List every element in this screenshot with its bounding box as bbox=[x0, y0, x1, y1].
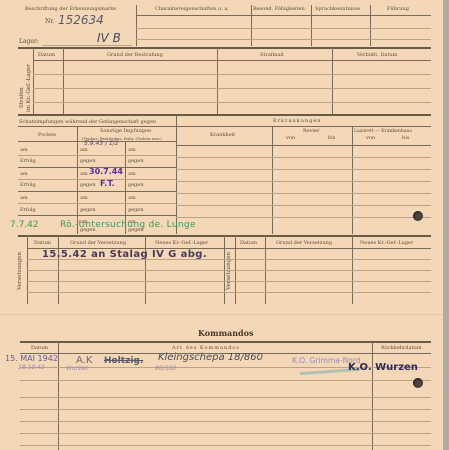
handwritten-vaccination-2: 30.7.44 bbox=[89, 167, 123, 176]
rule bbox=[18, 155, 176, 156]
divider bbox=[77, 126, 78, 234]
kommando-handwritten: Kleingschepa 18/860 bbox=[158, 352, 263, 363]
kommando-hand-sub2: 80/380 bbox=[155, 365, 176, 372]
rule bbox=[20, 433, 431, 434]
rule bbox=[27, 292, 431, 293]
cell: Erfolg bbox=[20, 182, 36, 189]
lager-label: Lager: bbox=[19, 38, 39, 45]
impfungen-title: Schutzimpfungen während der Gefangenscha… bbox=[19, 119, 156, 126]
stamp-wurzen: K.O. Wurzen bbox=[348, 362, 418, 373]
strafen-side-label-2: im Kr.-Gef.-Lager bbox=[26, 64, 32, 112]
rule bbox=[27, 281, 431, 282]
rule bbox=[27, 270, 431, 271]
lazarett-bis: bis bbox=[402, 135, 409, 142]
rule bbox=[18, 47, 431, 49]
rule bbox=[18, 215, 176, 216]
komm-col-rueckkehr: Rückkehrdatum bbox=[381, 345, 422, 352]
rule bbox=[20, 421, 431, 422]
rule bbox=[33, 74, 431, 75]
cell: am bbox=[80, 171, 88, 178]
lager-value: IV B bbox=[97, 31, 121, 45]
versetzung-entry: 15.5.42 an Stalag IV G abg. bbox=[42, 249, 207, 260]
rule bbox=[18, 203, 176, 204]
stamp-lung-text: Rö.-Untersuchung de. Lunge bbox=[60, 220, 196, 230]
kommando-date-sub: 18.10.42 bbox=[18, 364, 45, 371]
cell: Erfolg bbox=[20, 158, 36, 165]
cell: gegen bbox=[128, 207, 144, 214]
divider bbox=[33, 48, 34, 114]
kommandos-title: Kommandos bbox=[198, 330, 253, 337]
vers-col-lager-left: Neues Kr.-Gef.-Lager bbox=[155, 240, 208, 247]
rule bbox=[136, 39, 431, 40]
handwritten-vaccination-1: 5.9.43 / 1/2 bbox=[84, 140, 119, 147]
vers-col-grund-right: Grund der Versetzung bbox=[276, 240, 332, 247]
versetzungen-side-label-left: Versetzungen bbox=[17, 252, 23, 290]
rule bbox=[20, 445, 431, 446]
erkrankungen-title: Erkrankungen bbox=[273, 118, 322, 125]
registration-card: Beschriftung der Erkennungsmarke Nr. 152… bbox=[0, 0, 443, 450]
cell: Erfolg bbox=[20, 207, 36, 214]
rule bbox=[176, 169, 431, 170]
cell: gegen bbox=[128, 158, 144, 165]
kommando-hand-sub: Wurzen bbox=[66, 365, 89, 372]
col-charakter: Charaktereigenschaften u. a. bbox=[155, 6, 229, 13]
divider bbox=[63, 48, 64, 114]
divider bbox=[217, 48, 218, 114]
vers-col-grund-left: Grund der Versetzung bbox=[70, 240, 126, 247]
tag-label: Beschriftung der Erkennungsmarke bbox=[25, 6, 116, 13]
rule bbox=[176, 205, 431, 206]
cell: gegen bbox=[80, 158, 96, 165]
vers-col-datum-right: Datum bbox=[240, 240, 257, 247]
col-verbuesst: Verbüßt, Datum bbox=[357, 52, 397, 59]
rule bbox=[18, 179, 176, 180]
rule bbox=[20, 380, 431, 381]
vers-col-lager-right: Neues Kr.-Gef.-Lager bbox=[360, 240, 413, 247]
punch-hole bbox=[413, 378, 423, 388]
lazarett-von: von bbox=[366, 135, 375, 142]
lager-underline bbox=[42, 45, 132, 46]
rule bbox=[33, 88, 431, 89]
kommando-struck: Holtzig. bbox=[104, 356, 143, 366]
col-strafmass: Strafmaß bbox=[260, 52, 284, 59]
col-sprachen: Sprachkenntnisse bbox=[315, 6, 360, 13]
col-sonstige: Sonstige Impfungen bbox=[100, 128, 151, 135]
rule bbox=[18, 126, 176, 127]
rule bbox=[18, 191, 176, 192]
rule bbox=[176, 145, 431, 146]
divider bbox=[332, 48, 333, 114]
cell: am bbox=[20, 171, 28, 178]
handwritten-vaccination-3: F.T. bbox=[100, 179, 115, 188]
revier-von: von bbox=[286, 135, 295, 142]
rule bbox=[176, 193, 431, 194]
rule bbox=[176, 217, 431, 218]
cell: gegen bbox=[128, 182, 144, 189]
rule bbox=[18, 114, 431, 116]
cell: gegen bbox=[80, 207, 96, 214]
rule bbox=[136, 15, 431, 16]
versetzungen-side-label-right: Versetzungen bbox=[226, 252, 232, 290]
cell: am bbox=[128, 147, 136, 154]
cell: gegen bbox=[80, 182, 96, 189]
cell: am bbox=[80, 195, 88, 202]
rule bbox=[20, 341, 431, 343]
col-pocken: Pocken bbox=[38, 132, 56, 139]
col-faehigkeiten: Besond. Fähigkeiten bbox=[253, 6, 305, 13]
komm-col-datum: Datum bbox=[31, 345, 48, 352]
nr-value: 152634 bbox=[58, 13, 104, 27]
cell: am bbox=[128, 171, 136, 178]
revier-bis: bis bbox=[328, 135, 335, 142]
komm-col-art: Art des Kommandos bbox=[172, 345, 240, 352]
strafen-side-label: Strafen bbox=[19, 87, 25, 108]
stamp-lung-date: 7.7.42 bbox=[10, 220, 39, 230]
cell: am bbox=[80, 147, 88, 154]
rule bbox=[176, 157, 431, 158]
col-fuehrung: Führung bbox=[387, 6, 409, 13]
nr-label: Nr. bbox=[45, 18, 54, 25]
rule bbox=[20, 409, 431, 410]
vers-col-datum-left: Datum bbox=[34, 240, 51, 247]
cell: am bbox=[20, 195, 28, 202]
cell: am bbox=[128, 195, 136, 202]
rule bbox=[33, 60, 431, 61]
cell: am bbox=[20, 147, 28, 154]
col-revier: Revier bbox=[303, 128, 320, 135]
rule bbox=[33, 102, 431, 103]
rule bbox=[176, 126, 431, 127]
rule bbox=[136, 28, 431, 29]
col-lazarett: Lazarett — Krankenhaus bbox=[354, 128, 412, 135]
rule bbox=[20, 397, 431, 398]
col-datum: Datum bbox=[38, 52, 55, 59]
punch-hole bbox=[413, 211, 423, 221]
col-krankheit: Krankheit bbox=[210, 132, 235, 139]
fold-line bbox=[0, 314, 443, 315]
kommando-date-stamp: 15. MAI 1942 bbox=[5, 354, 58, 363]
rule bbox=[176, 181, 431, 182]
col-grund: Grund der Bestrafung bbox=[107, 52, 163, 59]
